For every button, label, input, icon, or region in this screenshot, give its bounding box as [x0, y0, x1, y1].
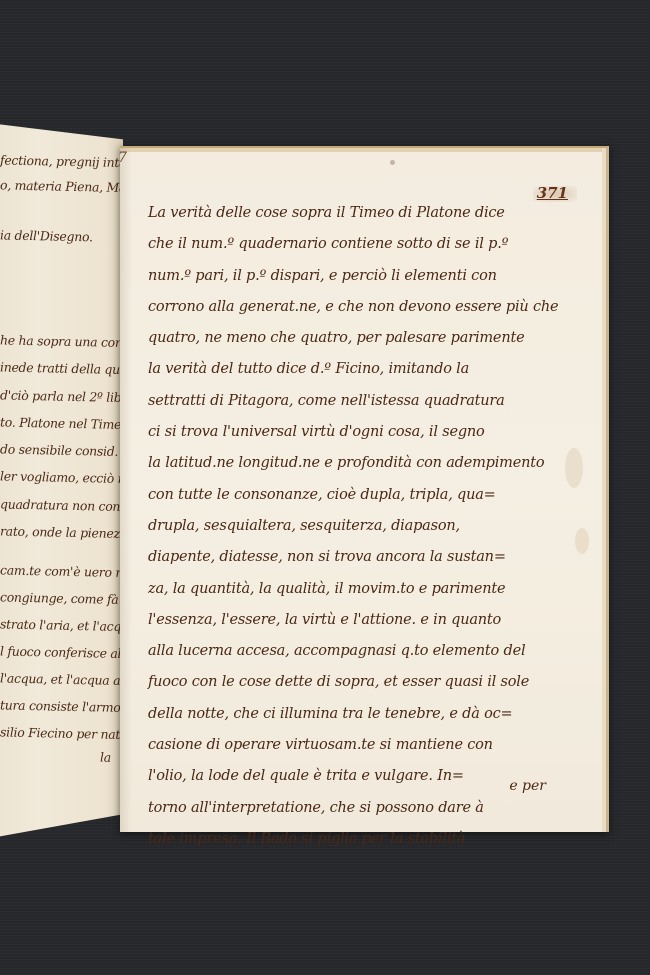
foxing-stain — [390, 160, 395, 165]
text-line: num.º pari, il p.º dispari, e perciò li … — [148, 261, 568, 292]
text-line: za, la quantità, la qualità, il movim.to… — [148, 574, 568, 605]
text-line: tale impresa. Il Bado si piglia per la s… — [148, 824, 568, 855]
catchword: e per — [509, 778, 546, 794]
text-line: La verità delle cose sopra il Timeo di P… — [148, 198, 568, 229]
text-line: con tutte le consonanze, cioè dupla, tri… — [148, 480, 568, 511]
text-line: ci si trova l'universal virtù d'ogni cos… — [148, 417, 568, 448]
text-line: l'essenza, l'essere, la virtù e l'attion… — [148, 605, 568, 636]
text-line: l'olio, la lode del quale è trita e vulg… — [148, 761, 568, 792]
gutter-mark: 7 — [118, 150, 127, 166]
text-line: corrono alla generat.ne, e che non devon… — [148, 292, 568, 323]
text-line: la latitud.ne longitud.ne e profondità c… — [148, 448, 568, 479]
text-line: della notte, che ci illumina tra le tene… — [148, 699, 568, 730]
text-line: settratti di Pitagora, come nell'istessa… — [148, 386, 568, 417]
text-line: casione di operare virtuosam.te si manti… — [148, 730, 568, 761]
text-line: drupla, sesquialtera, sesquiterza, diapa… — [148, 511, 568, 542]
left-page: fectiona, pregnij intalu: o, materia Pie… — [0, 122, 123, 843]
left-page-text: fectiona, pregnij intalu: o, materia Pie… — [0, 122, 123, 125]
left-line: strato l'aria, et l'acqua — [0, 616, 136, 634]
left-line: l'acqua, et l'acqua alla — [0, 670, 135, 688]
text-line: quatro, ne meno che quatro, per palesare… — [148, 323, 568, 354]
text-line: la verità del tutto dice d.º Ficino, imi… — [148, 354, 568, 385]
text-line: torno all'interpretatione, che si posson… — [148, 793, 568, 824]
text-line: alla lucerna accesa, accompagnasi q.to e… — [148, 636, 568, 667]
text-line: fuoco con le cose dette di sopra, et ess… — [148, 667, 568, 698]
left-line: tura consiste l'armonia — [0, 697, 139, 715]
left-line: ia dell'Disegno. — [0, 227, 93, 244]
text-line: diapente, diatesse, non si trova ancora … — [148, 542, 568, 573]
text-line: che il num.º quadernario contiene sotto … — [148, 229, 568, 260]
left-line: rato, onde la pienezza — [0, 523, 133, 541]
right-page: 7 371 La verità delle cose sopra il Time… — [120, 146, 609, 832]
manuscript-text: La verità delle cose sopra il Timeo di P… — [148, 198, 568, 855]
foxing-stain — [575, 528, 589, 554]
left-line: la — [100, 750, 111, 765]
left-line: o, materia Piena, Mar. — [0, 177, 134, 195]
